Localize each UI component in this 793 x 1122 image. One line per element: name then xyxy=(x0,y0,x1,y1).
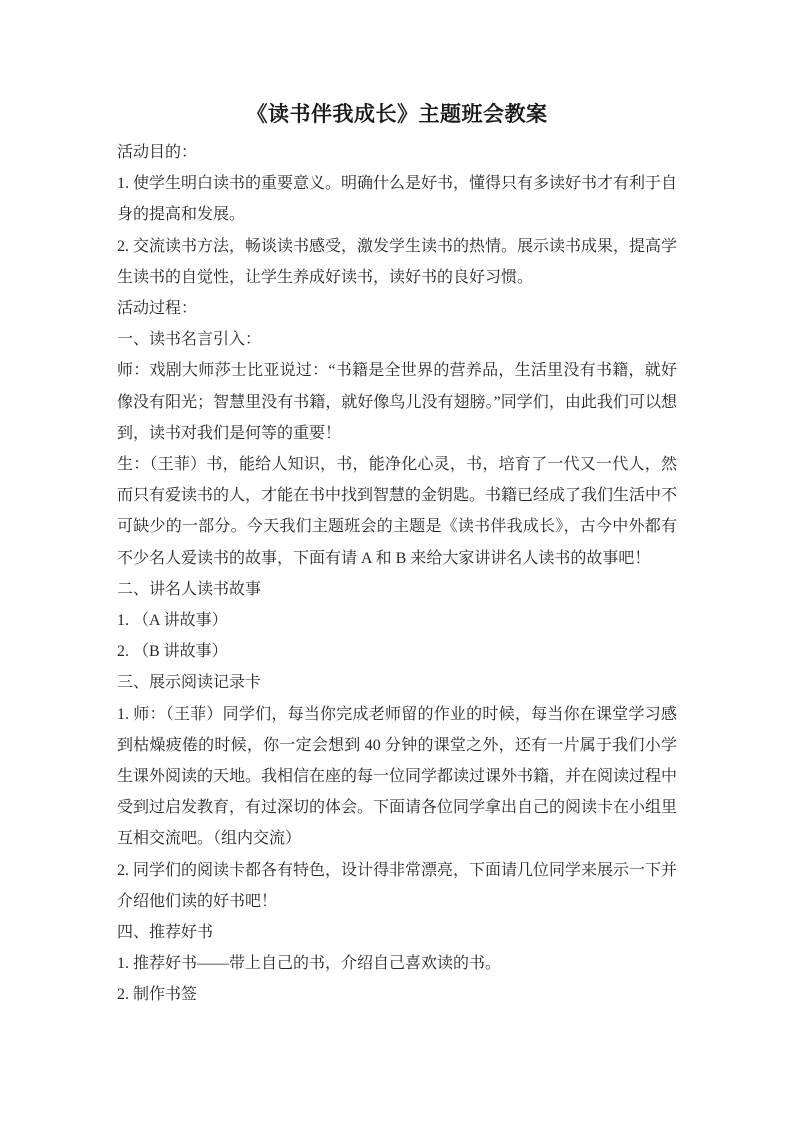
document-title: 《读书伴我成长》主题班会教案 xyxy=(117,98,677,130)
list-item-reading-card-1: 1. 师：（王菲）同学们，每当你完成老师留的作业的时候，每当你在课堂学习感到枯燥… xyxy=(117,699,677,855)
section-heading-part-4: 四、推荐好书 xyxy=(117,917,677,948)
list-item-reading-card-2: 2. 同学们的阅读卡都各有特色，设计得非常漂亮，下面请几位同学来展示一下并介绍他… xyxy=(117,855,677,917)
section-heading-activity-process: 活动过程： xyxy=(117,293,677,324)
list-item-goal-1: 1. 使学生明白读书的重要意义。明确什么是好书，懂得只有多读好书才有利于自身的提… xyxy=(117,168,677,230)
section-heading-part-1: 一、读书名言引入： xyxy=(117,324,677,355)
list-item-recommend-book: 1. 推荐好书——带上自己的书，介绍自己喜欢读的书。 xyxy=(117,948,677,979)
list-item-story-b: 2. （B 讲故事） xyxy=(117,636,677,667)
section-heading-part-3: 三、展示阅读记录卡 xyxy=(117,667,677,698)
document-page: 《读书伴我成长》主题班会教案 活动目的： 1. 使学生明白读书的重要意义。明确什… xyxy=(0,0,793,1122)
section-heading-part-2: 二、讲名人读书故事 xyxy=(117,574,677,605)
document-body: 活动目的： 1. 使学生明白读书的重要意义。明确什么是好书，懂得只有多读好书才有… xyxy=(117,137,677,1011)
paragraph-teacher-quote: 师：戏剧大师莎士比亚说过：“书籍是全世界的营养品，生活里没有书籍，就好像没有阳光… xyxy=(117,355,677,449)
list-item-make-bookmark: 2. 制作书签 xyxy=(117,979,677,1010)
list-item-goal-2: 2. 交流读书方法，畅谈读书感受，激发学生读书的热情。展示读书成果，提高学生读书… xyxy=(117,231,677,293)
paragraph-student-speech: 生：（王菲）书，能给人知识，书，能净化心灵，书，培育了一代又一代人，然而只有爱读… xyxy=(117,449,677,574)
list-item-story-a: 1. （A 讲故事） xyxy=(117,605,677,636)
section-heading-activity-goals: 活动目的： xyxy=(117,137,677,168)
